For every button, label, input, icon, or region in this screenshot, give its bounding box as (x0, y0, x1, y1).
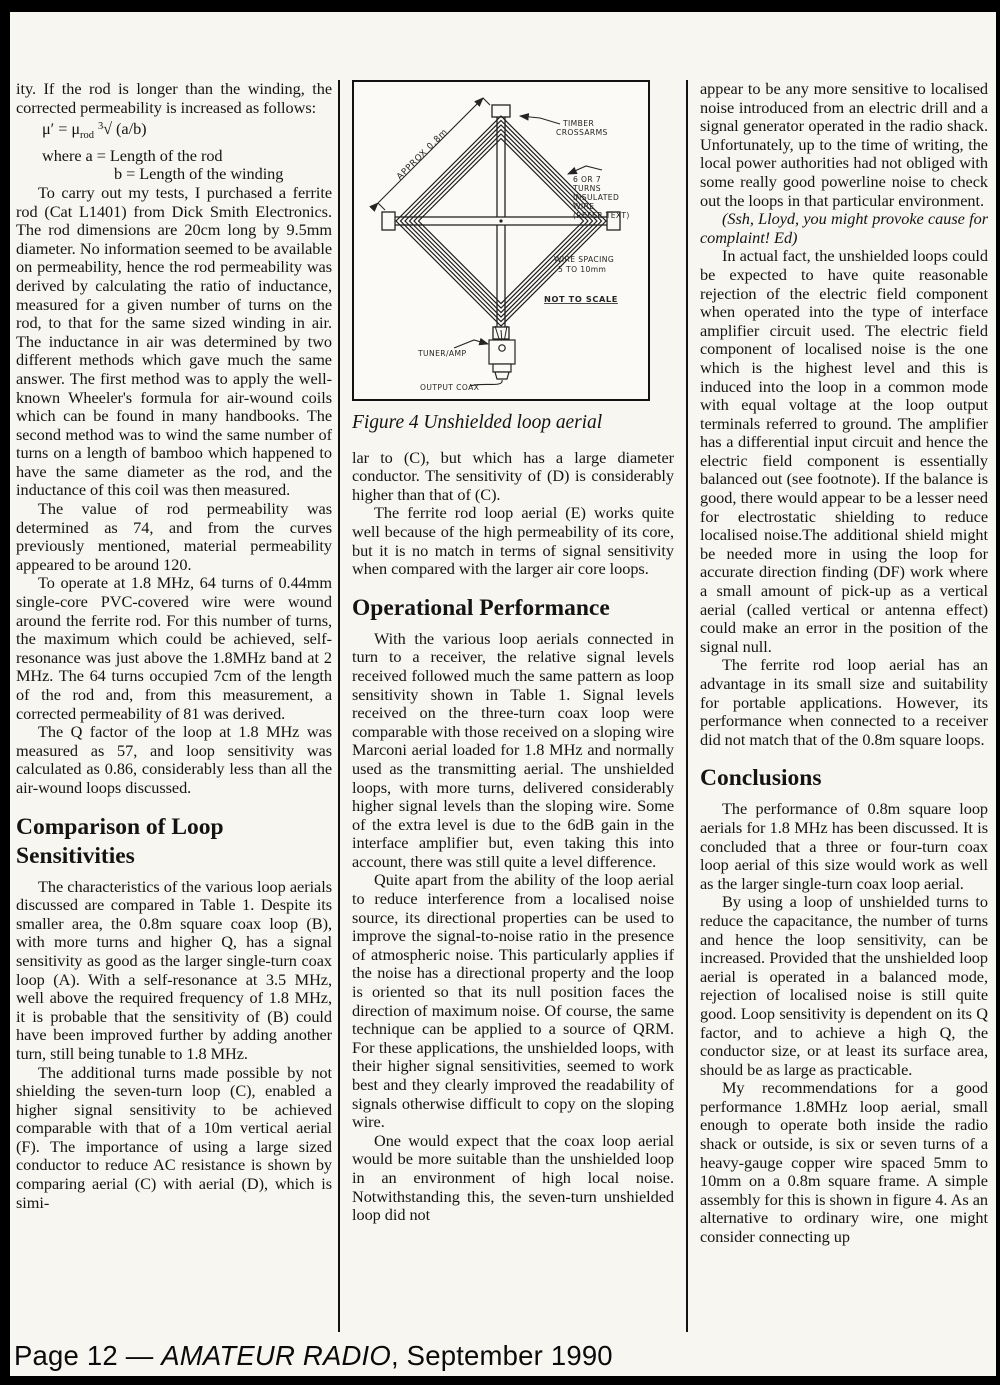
paragraph-quite-apart: Quite apart from the ability of the loop… (352, 871, 674, 1131)
turns-label-arrow (568, 166, 602, 174)
figure-4-loop-aerial: APPROX 0.8m TIMBER CROSSARMS 6 OR 7 TURN… (352, 80, 650, 401)
formula-subscript: rod (80, 130, 94, 141)
paragraph-operate: To operate at 1.8 MHz, 64 turns of 0.44m… (16, 574, 332, 723)
scan-edge-bottom (0, 1376, 1000, 1385)
paragraph-intro: ity. If the rod is longer than the windi… (16, 80, 332, 117)
timber-label-line1: TIMBER (562, 119, 594, 128)
section-heading-operational: Operational Performance (352, 594, 674, 623)
section-heading-conclusions: Conclusions (700, 764, 988, 793)
paragraph-lar-continuation: lar to (C), but which has a large diamet… (352, 449, 674, 505)
formula-where-b: b = Length of the winding (16, 165, 332, 184)
magazine-page: ity. If the rod is longer than the windi… (0, 0, 1000, 1385)
footer-page-number: Page 12 — (14, 1340, 161, 1371)
turns-label-line3: INSULATED (573, 193, 619, 202)
output-coax-label: OUTPUT COAX (420, 383, 479, 392)
column-left: ity. If the rod is longer than the windi… (16, 80, 338, 1332)
timber-label-arrow (520, 116, 560, 124)
article-body: ity. If the rod is longer than the windi… (16, 80, 988, 1332)
paragraph-ferrite-advantage: The ferrite rod loop aerial has an advan… (700, 656, 988, 749)
dimension-arrow (378, 98, 490, 210)
paragraph-recommendations: My recommendations for a good performanc… (700, 1079, 988, 1246)
paragraph-rod-permeability: The value of rod permeability was determ… (16, 500, 332, 574)
formula-permeability: μ′ = μrod 3√ (a/b) (16, 118, 332, 146)
tuner-label-arrow (454, 340, 488, 348)
paragraph-performance: The performance of 0.8m square loop aeri… (700, 800, 988, 893)
figure-caption: Figure 4 Unshielded loop aerial (352, 411, 674, 434)
not-to-scale-label: NOT TO SCALE (544, 294, 618, 304)
spacing-label-line2: 5 TO 10mm (558, 265, 606, 274)
paragraph-q-factor: The Q factor of the loop at 1.8 MHz was … (16, 723, 332, 797)
dimension-label: APPROX 0.8m (395, 127, 450, 182)
section-heading-comparison: Comparison of Loop Sensitivities (16, 813, 332, 871)
paragraph-various-loops: With the various loop aerials connected … (352, 630, 674, 872)
scan-edge-left (0, 0, 10, 1385)
turns-label-line5: (REFER TEXT) (573, 211, 630, 220)
paragraph-additional-turns: The additional turns made possible by no… (16, 1064, 332, 1213)
formula-where-a: where a = Length of the rod (16, 147, 332, 166)
paragraph-characteristics: The characteristics of the various loop … (16, 878, 332, 1064)
turns-label-line1: 6 OR 7 (573, 175, 601, 184)
paragraph-editor-note: (Ssh, Lloyd, you might provoke cause for… (700, 210, 988, 247)
scan-edge-right (996, 0, 1000, 1385)
loop-aerial-diagram: APPROX 0.8m TIMBER CROSSARMS 6 OR 7 TURN… (354, 82, 648, 394)
paragraph-one-would-expect: One would expect that the coax loop aeri… (352, 1132, 674, 1225)
page-footer: Page 12 — AMATEUR RADIO, September 1990 (14, 1340, 613, 1372)
turns-label-line2: TURNS (572, 184, 601, 193)
paragraph-tests: To carry out my tests, I purchased a fer… (16, 184, 332, 500)
center-dot (499, 219, 502, 222)
paragraph-ferrite-rod-e: The ferrite rod loop aerial (E) works qu… (352, 504, 674, 578)
turns-label-line4: WIRE (573, 202, 594, 211)
tuner-label: TUNER/AMP (417, 349, 466, 358)
timber-label-line2: CROSSARMS (556, 128, 608, 137)
formula-lhs: μ′ = μ (42, 119, 80, 138)
spacing-label-line1: WIRE SPACING (554, 255, 614, 264)
footer-date: , September 1990 (391, 1340, 613, 1371)
paragraph-by-using: By using a loop of unshielded turns to r… (700, 893, 988, 1079)
paragraph-appear-continuation: appear to be any more sensitive to local… (700, 80, 988, 210)
column-right: appear to be any more sensitive to local… (688, 80, 988, 1332)
footer-magazine-title: AMATEUR RADIO (161, 1340, 391, 1371)
scan-edge-top (0, 0, 1000, 12)
column-middle: APPROX 0.8m TIMBER CROSSARMS 6 OR 7 TURN… (338, 80, 688, 1332)
formula-rest: √ (a/b) (103, 119, 146, 138)
paragraph-in-actual-fact: In actual fact, the unshielded loops cou… (700, 247, 988, 656)
